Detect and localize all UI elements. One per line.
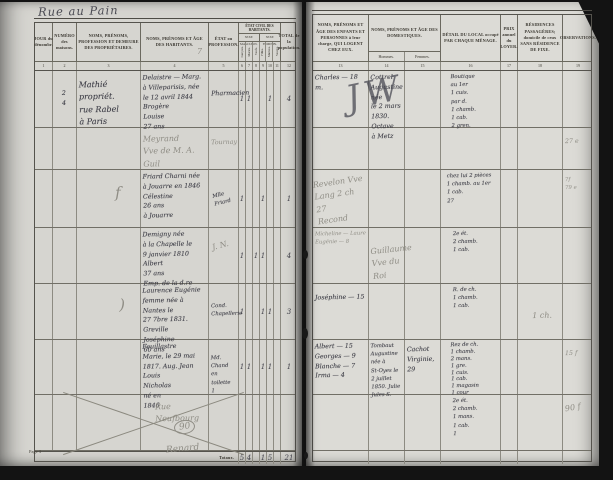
- cell-profession: Cond. Chapellerie: [209, 284, 239, 339]
- cell-ec: [260, 128, 267, 169]
- handwriting: Tournay: [211, 130, 237, 148]
- paper-tear: [302, 328, 308, 339]
- cell-residences: [518, 170, 563, 227]
- cell-ec: 1: [246, 71, 253, 127]
- cell-profession: J. N.: [209, 228, 239, 283]
- handwritten-digit: 1: [261, 363, 265, 371]
- cell-habitants: Laurence Eugénie femme née à Nantes le 2…: [141, 284, 209, 339]
- cell-enfants: Joséphine — 15: [313, 284, 369, 339]
- handwriting: Rez de ch. 1 chamb. 2 mans. 1 gre. 1 cui…: [442, 342, 479, 398]
- etat-civil-sexes: SEXE MASCULIN. SEXE FÉMININ.: [239, 34, 280, 42]
- cell-habitants: Feuillastre Marie, le 29 mai 1817. Aug. …: [141, 340, 209, 394]
- cell-ec: [274, 170, 281, 227]
- handwriting: 1 ch.: [520, 286, 553, 323]
- handwriting: Mathié propriét. rue Rabel à Paris: [78, 73, 119, 129]
- cell-jour: [35, 340, 53, 394]
- col-number: 4: [141, 62, 209, 70]
- cell-ec: 1: [246, 340, 253, 394]
- col-header-label: OBSERVATIONS.: [560, 35, 596, 41]
- scanned-register-spread: Rue au Pain JOUR du dénombr. NUMÉRO des …: [0, 0, 613, 480]
- cell-residences: [518, 228, 563, 283]
- register-row: Revelon Vve Lang 2 ch 27 Recond chez lui…: [313, 170, 591, 228]
- ec-col-header: Mariées.: [266, 42, 273, 61]
- handwriting: R. de ch. 1 chamb. 1 cab.: [443, 286, 478, 311]
- cell-ec: [253, 128, 260, 169]
- col-header-label: NOMS, PRÉNOMS ET ÂGE DES ENFANTS ET PERS…: [314, 22, 367, 53]
- cell-numero: [53, 284, 77, 339]
- cell-ec: [267, 228, 274, 283]
- col-header-domestiques-group: NOMS, PRÉNOMS ET ÂGE DES DOMESTIQUES. Ho…: [369, 15, 441, 61]
- cell-observations: 27 e: [563, 128, 593, 169]
- handwriting: Demigny née à la Chapelle le 9 janvier 1…: [142, 229, 193, 289]
- col-header-label: ÉTAT CIVIL DES HABITANTS.: [239, 24, 280, 33]
- col-number: 18: [518, 62, 563, 70]
- col-header-label: JOUR du dénombr.: [34, 36, 53, 48]
- cell-prix: [501, 170, 518, 227]
- cell-ec: 1: [267, 340, 274, 394]
- col-number: 7: [246, 62, 253, 70]
- pencil-cross-out: [66, 392, 241, 454]
- cell-ec: 1: [260, 228, 267, 283]
- handwriting: 27 e: [565, 135, 579, 147]
- rotated-label: Mariés.: [247, 47, 251, 57]
- col-number: 1: [35, 62, 53, 70]
- handwritten-digit: 5: [268, 454, 272, 462]
- cell-prix: [501, 340, 518, 394]
- cell-ec: 1: [239, 71, 246, 127]
- col-header-label: DÉTAIL DU LOCAL occupé PAR CHAQUE MÉNAGE…: [442, 32, 499, 44]
- cell-numero: [53, 340, 77, 394]
- rotated-label: Mariées.: [267, 46, 271, 57]
- domestiques-sexes: Hommes. Femmes.: [369, 51, 440, 61]
- cell-ec: [253, 395, 260, 450]
- cell-prix: [501, 128, 518, 169]
- register-row: Joséphine — 15 R. de ch. 1 chamb. 1 cab.…: [313, 284, 591, 340]
- page-number-label: Page 3: [29, 449, 41, 454]
- cell-profession: Tournay: [209, 128, 239, 169]
- col-header-residences: RÉSIDENCES PASSAGÈRES; domicile de ceux …: [518, 15, 563, 61]
- handwriting: 2 4: [62, 89, 66, 109]
- cell-observations: 15 f: [563, 340, 593, 394]
- cell-ec: [267, 128, 274, 169]
- cell-profession: Md. Chand en toilette 1: [209, 340, 239, 394]
- cell-observations: [563, 228, 593, 283]
- register-row: Feuillastre Marie, le 29 mai 1817. Aug. …: [35, 340, 295, 395]
- cell-domestiques-hommes: Tombaut Augustine née à St-Oyes le 2 jui…: [369, 340, 405, 394]
- cell-local: Boutique au 1er 1 cuis. par d. 1 chamb. …: [441, 71, 501, 127]
- handwritten-digit: 1: [261, 252, 265, 260]
- paper-tear: [303, 250, 308, 259]
- col-number: 3: [77, 62, 141, 70]
- cell-observations: 7f 79 e: [563, 170, 593, 227]
- cell-ec: [246, 128, 253, 169]
- col-header-local: DÉTAIL DU LOCAL occupé PAR CHAQUE MÉNAGE…: [441, 15, 501, 61]
- col-header-label: PRIX annuel du LOYER.: [500, 26, 517, 51]
- cell-domestiques-femmes: [405, 170, 441, 227]
- col-number: 13: [313, 62, 369, 70]
- handwritten-digit: 1: [240, 308, 244, 316]
- cell-residences: 1 ch.: [518, 284, 563, 339]
- col-number: 8: [253, 62, 260, 70]
- cell-ec: [253, 340, 260, 394]
- rotated-label: Veufs.: [254, 47, 258, 55]
- handwritten-digit: 1: [268, 363, 272, 371]
- sexe-masculin-label: SEXE MASCULIN.: [239, 34, 260, 41]
- cell-ec: [246, 395, 253, 450]
- cell-local: chez lui 2 pièces 1 chamb. au 1er 1 cab.…: [441, 170, 501, 227]
- cell-local: [441, 128, 501, 169]
- left-table-header: JOUR du dénombr. NUMÉRO des maisons. NOM…: [35, 23, 295, 62]
- col-number: 14: [369, 62, 405, 70]
- cell-proprietaires: [77, 340, 141, 394]
- cell-ec: 1: [267, 284, 274, 339]
- col-number: 2: [53, 62, 77, 70]
- col-header-jour: JOUR du dénombr.: [35, 23, 53, 61]
- right-table-header: NOMS, PRÉNOMS ET ÂGE DES ENFANTS ET PERS…: [313, 15, 591, 62]
- cell-jour: [35, 128, 53, 169]
- handwritten-digit: 1: [268, 308, 272, 316]
- cell-domestiques-femmes: [405, 128, 441, 169]
- col-header-label: RÉSIDENCES PASSAGÈRES; domicile de ceux …: [519, 22, 561, 53]
- handwritten-digit: 1: [240, 195, 244, 203]
- cell-observations: [563, 71, 593, 127]
- cell-prix: [501, 71, 518, 127]
- femmes-label: Femmes.: [405, 52, 441, 61]
- col-header-label: ÉTAT ou PROFESSION.: [208, 36, 238, 48]
- col-number: 6: [239, 62, 246, 70]
- cell-proprietaires: ): [77, 284, 141, 339]
- cell-ec: [239, 128, 246, 169]
- register-row: Meyrand Vve de M. A. Guil Tournay: [35, 128, 295, 170]
- cell-ec: [267, 395, 274, 450]
- col-number: 9: [260, 62, 267, 70]
- cell-ec: [246, 170, 253, 227]
- totals-label: Totaux.: [219, 455, 234, 461]
- column-numbers-row: 1 2 3 4 5 6 7 8 9 10 11 12: [35, 62, 295, 71]
- cell-proprietaires: f: [77, 170, 141, 227]
- cell-jour: [35, 71, 53, 127]
- cell-ec: [267, 170, 274, 227]
- cell-jour: [35, 228, 53, 283]
- cell-ec: 1: [239, 228, 246, 283]
- cell-prix: [501, 395, 518, 450]
- cell-domestiques-hommes: [369, 128, 405, 169]
- col-header-label: NUMÉRO des maisons.: [54, 33, 75, 52]
- cell-jour: [35, 170, 53, 227]
- cell-ec: 1: [239, 284, 246, 339]
- cell-ec: [274, 284, 281, 339]
- handwriting: Cachot Virginie, 29: [407, 342, 439, 375]
- col-header-etat-civil-group: ÉTAT CIVIL DES HABITANTS. SEXE MASCULIN.…: [239, 23, 281, 61]
- handwritten-digit: 3: [287, 308, 291, 316]
- cell-habitants: Meyrand Vve de M. A. Guil: [141, 128, 209, 169]
- cell-ec: 1: [260, 284, 267, 339]
- handwritten-digit: 1: [240, 95, 244, 103]
- ec-col-header: Filles.: [260, 42, 267, 61]
- handwriting: ): [79, 286, 125, 314]
- cell-local: 2e ét. 2 chamb. 1 cab.: [441, 228, 501, 283]
- col-number: 16: [441, 62, 501, 70]
- handwritten-digit: 4: [247, 454, 251, 462]
- col-number: 17: [501, 62, 518, 70]
- handwriting: Friard Charni née à Jouarre en 1846 Céle…: [142, 171, 200, 221]
- ec-col-header: Mariés.: [246, 42, 253, 61]
- col-header-proprietaires: NOMS, PRÉNOMS, PROFESSION ET DEMEURE DES…: [77, 23, 141, 61]
- handwritten-digit: 1: [240, 363, 244, 371]
- cell-enfants: Revelon Vve Lang 2 ch 27 Recond: [313, 170, 369, 227]
- register-row: ) Laurence Eugénie femme née à Nantes le…: [35, 284, 295, 340]
- col-number: 11: [274, 62, 281, 70]
- empty-cell: [441, 451, 501, 464]
- cell-local: Rez de ch. 1 chamb. 2 mans. 1 gre. 1 cui…: [441, 340, 501, 394]
- col-header-numero: NUMÉRO des maisons.: [53, 23, 77, 61]
- cell-ec: 1: [239, 340, 246, 394]
- cell-jour: [35, 395, 53, 450]
- cell-ec: [274, 395, 281, 450]
- cell-ec: [274, 128, 281, 169]
- cell-enfants: [313, 395, 369, 450]
- handwritten-digit: 1: [261, 308, 265, 316]
- cell-domestiques-femmes: [405, 71, 441, 127]
- col-number: 15: [405, 62, 441, 70]
- cell-prix: [501, 284, 518, 339]
- cell-domestiques-hommes: Guillaume Vve du Roi: [369, 228, 405, 283]
- handwriting: chez lui 2 pièces 1 chamb. au 1er 1 cab.…: [443, 171, 492, 205]
- cell-residences: [518, 340, 563, 394]
- cell-domestiques-femmes: [405, 228, 441, 283]
- cell-ec: [260, 395, 267, 450]
- col-number: 19: [563, 62, 593, 70]
- handwritten-digit: 4: [287, 252, 291, 260]
- handwriting: Delaistre — Marg. à Villeparisis, née le…: [142, 72, 202, 132]
- cell-proprietaires: [77, 128, 141, 169]
- cell-ec: 1: [260, 340, 267, 394]
- handwriting: Cond. Chapellerie: [211, 286, 243, 319]
- cell-domestiques-hommes: [369, 284, 405, 339]
- cell-numero: [53, 170, 77, 227]
- paper-tear: [304, 452, 308, 459]
- empty-cell: [313, 451, 369, 464]
- col-header-profession: ÉTAT ou PROFESSION.: [209, 23, 239, 61]
- cell-ec: [274, 71, 281, 127]
- handwritten-digit: 1: [240, 252, 244, 260]
- ec-col-header: Garçons.: [239, 42, 246, 61]
- handwritten-digit: 1: [261, 454, 265, 462]
- cell-habitants: Demigny née à la Chapelle le 9 janvier 1…: [141, 228, 209, 283]
- etat-civil-columns: Garçons. Mariés. Veufs. Filles. Mariées.…: [239, 42, 280, 61]
- handwriting: 15 f: [565, 349, 578, 359]
- handwriting: Meyrand Vve de M. A. Guil: [143, 129, 207, 170]
- empty-cell: [405, 451, 441, 464]
- cell-residences: [518, 71, 563, 127]
- cell-profession: Mlle Friard: [209, 170, 239, 227]
- col-number: 5: [209, 62, 239, 70]
- cell-ec: [246, 284, 253, 339]
- cell-ec: [253, 284, 260, 339]
- cell-habitants: Friard Charni née à Jouarre en 1846 Céle…: [141, 170, 209, 227]
- pencil-mark: 7: [197, 47, 202, 56]
- handwriting: Md. Chand en toilette 1: [210, 342, 236, 396]
- cell-prix: [501, 228, 518, 283]
- cell-enfants: Micheline — Laure Eugénie — 8: [313, 228, 369, 283]
- cell-proprietaires: [77, 228, 141, 283]
- handwritten-digit: 1: [247, 95, 251, 103]
- col-header-enfants: NOMS, PRÉNOMS ET ÂGE DES ENFANTS ET PERS…: [313, 15, 369, 61]
- handwriting: 7f 79 e: [565, 172, 577, 193]
- cell-ec: [246, 228, 253, 283]
- handwriting: Albert — 15 Georges — 9 Blanche — 7 Irma…: [315, 342, 357, 382]
- register-row: 2 4 Mathié propriét. rue Rabel à Paris D…: [35, 71, 295, 128]
- cell-ec: [253, 71, 260, 127]
- handwriting: Micheline — Laure Eugénie — 8: [315, 229, 366, 246]
- cell-ec: 1: [260, 170, 267, 227]
- cell-observations: 90 f: [563, 395, 593, 450]
- cell-ec: 1: [239, 170, 246, 227]
- cell-ec: [274, 228, 281, 283]
- column-numbers-row: 13 14 15 16 17 18 19: [313, 62, 591, 71]
- empty-bottom-strip: [313, 451, 591, 464]
- cell-observations: [563, 284, 593, 339]
- register-row: 27 e: [313, 128, 591, 170]
- binding-gutter: [293, 0, 315, 466]
- handwriting: J. N.: [209, 228, 231, 254]
- cell-ec: 1: [253, 228, 260, 283]
- col-header-label: NOMS, PRÉNOMS ET ÂGE DES DOMESTIQUES.: [370, 27, 439, 39]
- cell-local: 2e ét. 2 chamb. 1 mans. 1 cab. 1: [441, 395, 501, 450]
- empty-cell: [563, 451, 593, 464]
- domestiques-title: NOMS, PRÉNOMS ET ÂGE DES DOMESTIQUES.: [369, 15, 440, 51]
- register-row: 2e ét. 2 chamb. 1 mans. 1 cab. 1 90 f: [313, 395, 591, 451]
- handwritten-digit: 1: [254, 252, 258, 260]
- cell-ec-total: 4: [246, 452, 253, 464]
- double-rule-left: [34, 18, 296, 19]
- col-header-observations: OBSERVATIONS.: [563, 15, 593, 61]
- register-row: f Friard Charni née à Jouarre en 1846 Cé…: [35, 170, 295, 228]
- handwriting: 2e ét. 2 chamb. 1 mans. 1 cab. 1: [443, 397, 479, 439]
- cell-numero: [53, 128, 77, 169]
- handwriting: f: [79, 172, 121, 202]
- cell-profession: Pharmacien: [209, 71, 239, 127]
- col-header-prix: PRIX annuel du LOYER.: [501, 15, 518, 61]
- handwriting: Mlle Friard: [207, 169, 240, 208]
- register-row: Micheline — Laure Eugénie — 8 Guillaume …: [313, 228, 591, 284]
- handwritten-digit: 1: [247, 363, 251, 371]
- handwriting: Boutique au 1er 1 cuis. par d. 1 chamb. …: [442, 73, 476, 131]
- empty-cell: [518, 451, 563, 464]
- handwriting: Revelon Vve Lang 2 ch 27 Recond: [312, 169, 370, 229]
- empty-cell: [369, 451, 405, 464]
- cell-jour: [35, 284, 53, 339]
- handwritten-digit: 1: [287, 195, 291, 203]
- cell-numero: [53, 228, 77, 283]
- register-row: Demigny née à la Chapelle le 9 janvier 1…: [35, 228, 295, 284]
- cell-ec-total: 5: [267, 452, 274, 464]
- col-header-label: NOMS, PRÉNOMS, PROFESSION ET DEMEURE DES…: [78, 33, 139, 52]
- col-number: 10: [267, 62, 274, 70]
- handwritten-digit: 1: [261, 195, 265, 203]
- hommes-label: Hommes.: [369, 52, 405, 61]
- cell-enfants: Albert — 15 Georges — 9 Blanche — 7 Irma…: [313, 340, 369, 394]
- cell-proprietaires: Mathié propriét. rue Rabel à Paris: [77, 71, 141, 127]
- cell-ec-total: [253, 452, 260, 464]
- handwriting: 90 f: [564, 401, 582, 416]
- cell-domestiques-femmes: [405, 395, 441, 450]
- cell-numero: 2 4: [53, 71, 77, 127]
- cell-domestiques-femmes: [405, 284, 441, 339]
- cell-domestiques-hommes: [369, 170, 405, 227]
- cell-habitants: Delaistre — Marg. à Villeparisis, née le…: [141, 71, 209, 127]
- cell-domestiques-femmes: Cachot Virginie, 29: [405, 340, 441, 394]
- cell-ec: [253, 170, 260, 227]
- handwritten-digit: 4: [287, 95, 291, 103]
- rotated-label: Filles.: [260, 48, 264, 56]
- handwriting: Tombaut Augustine née à St-Oyes le 2 jui…: [370, 342, 402, 400]
- double-rule-right: [312, 10, 592, 11]
- cell-local: R. de ch. 1 chamb. 1 cab.: [441, 284, 501, 339]
- empty-cell: [501, 451, 518, 464]
- ec-col-header: Veufs.: [253, 42, 260, 61]
- cell-enfants: [313, 128, 369, 169]
- etat-civil-title: ÉTAT CIVIL DES HABITANTS.: [239, 23, 280, 34]
- cell-ec-total: 1: [260, 452, 267, 464]
- rotated-label: Veuves.: [275, 46, 279, 56]
- handwriting: 2e ét. 2 chamb. 1 cab.: [443, 230, 478, 255]
- register-row: Albert — 15 Georges — 9 Blanche — 7 Irma…: [313, 340, 591, 395]
- cell-ec: [260, 71, 267, 127]
- cell-domestiques-hommes: [369, 395, 405, 450]
- handwritten-digit: 1: [268, 95, 272, 103]
- rotated-label: Garçons.: [240, 46, 244, 57]
- handwriting: Joséphine — 15: [315, 292, 365, 303]
- cell-ec-total: [274, 452, 281, 464]
- cell-residences: [518, 128, 563, 169]
- handwritten-digit: 1: [287, 363, 291, 371]
- cell-ec: [274, 340, 281, 394]
- cell-residences: [518, 395, 563, 450]
- cell-ec: 1: [267, 71, 274, 127]
- street-title: Rue au Pain: [38, 3, 119, 19]
